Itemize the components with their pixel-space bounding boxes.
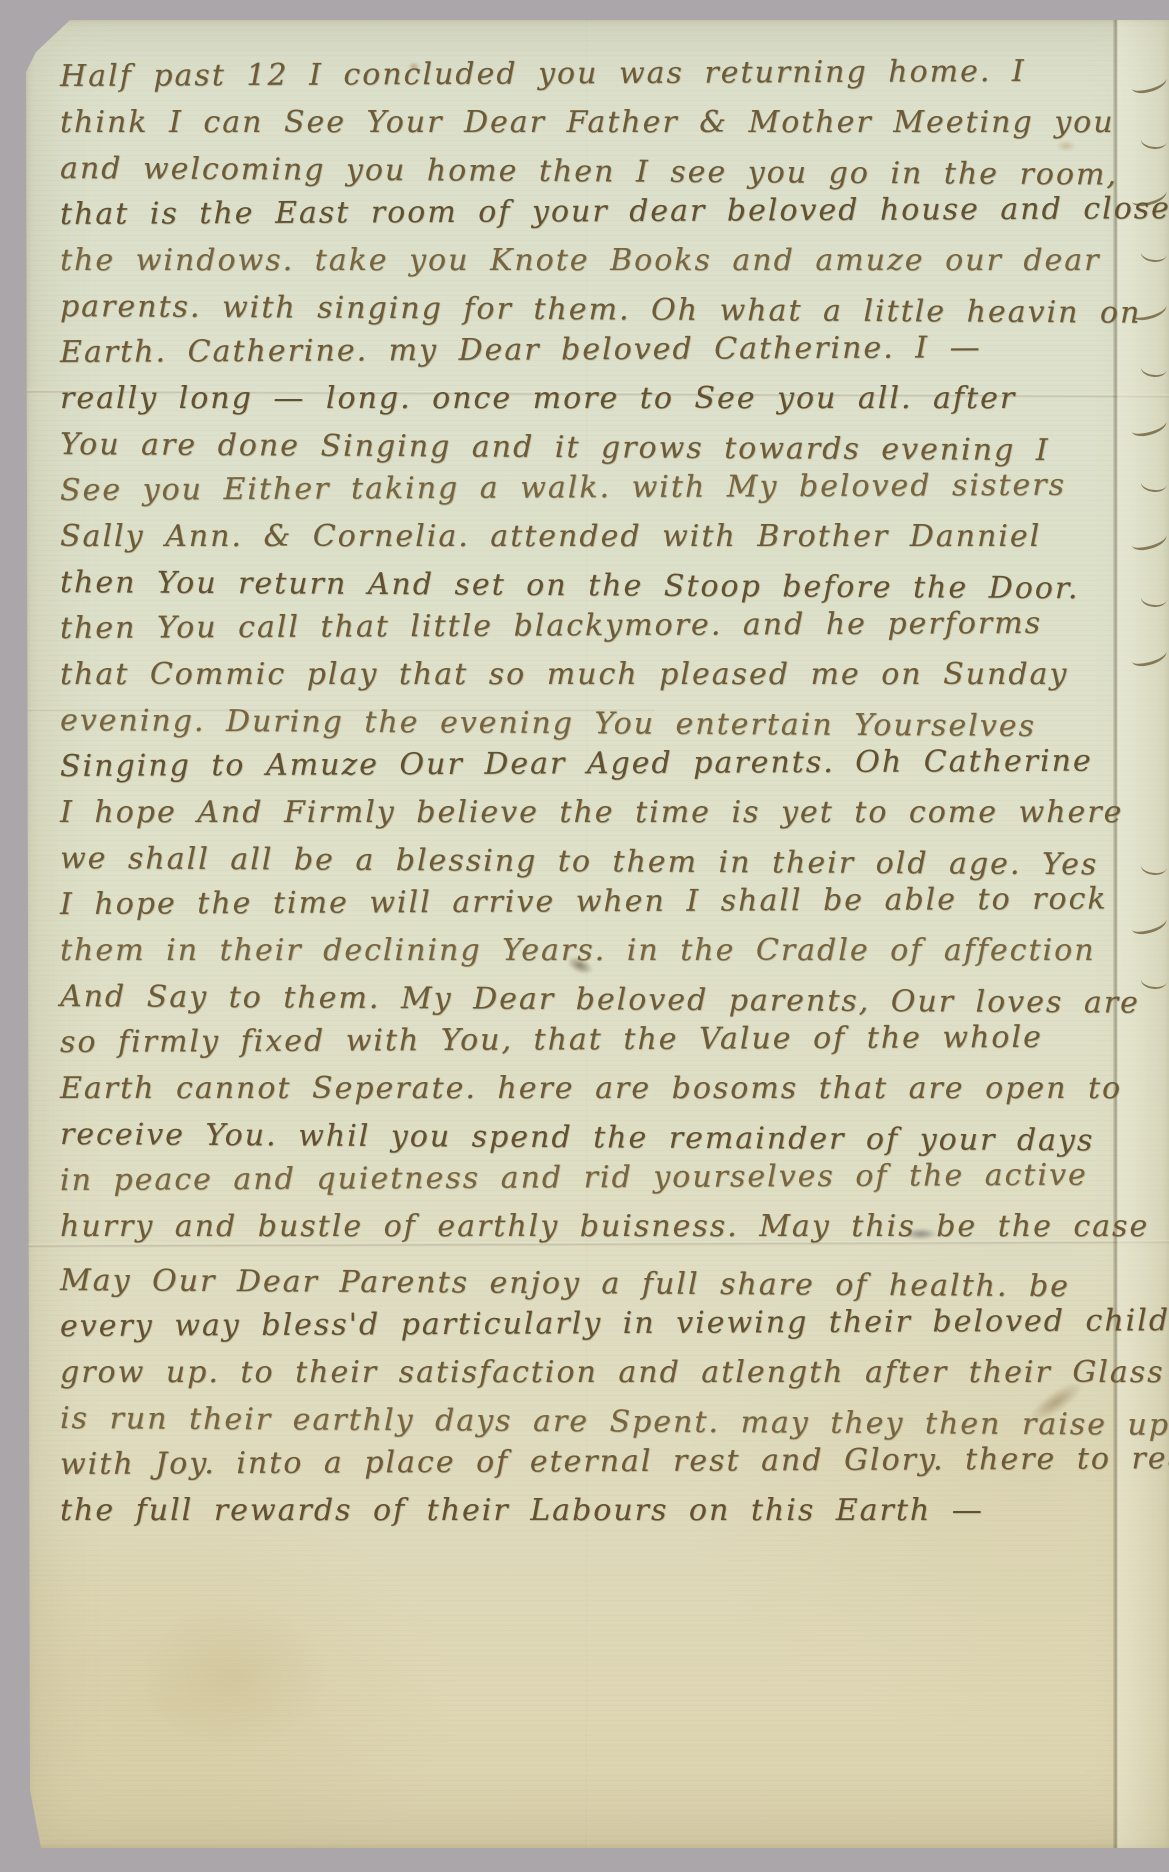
- letter-line: Earth cannot Seperate. here are bosoms t…: [60, 1066, 1100, 1112]
- letter-line: think I can See Your Dear Father & Mothe…: [60, 100, 1100, 146]
- letter-line: every way bless'd particularly in viewin…: [60, 1299, 1100, 1350]
- letter-line: so firmly fixed with You, that the Value…: [60, 1015, 1100, 1066]
- letter-line: I hope the time will arrive when I shall…: [60, 877, 1100, 928]
- letter-page: Half past 12 I concluded you was returni…: [26, 20, 1169, 1848]
- letter-line: Sally Ann. & Cornelia. attended with Bro…: [60, 514, 1100, 560]
- scanned-letter: Half past 12 I concluded you was returni…: [0, 0, 1169, 1872]
- aging-blotch: [144, 1606, 324, 1746]
- letter-line: I hope And Firmly believe the time is ye…: [60, 790, 1100, 836]
- letter-line: Half past 12 I concluded you was returni…: [60, 49, 1100, 100]
- letter-line: grow up. to their satisfaction and atlen…: [60, 1350, 1100, 1396]
- letter-line: the windows. take you Knote Books and am…: [60, 238, 1100, 284]
- letter-line: See you Either taking a walk. with My be…: [60, 463, 1100, 514]
- letter-line: in peace and quietness and rid yourselve…: [60, 1153, 1100, 1204]
- letter-line: Earth. Catherine. my Dear beloved Cather…: [60, 325, 1100, 376]
- letter-line: then You call that little blackymore. an…: [60, 601, 1100, 652]
- letter-line: Singing to Amuze Our Dear Aged parents. …: [60, 739, 1100, 790]
- letter-line: that Commic play that so much pleased me…: [60, 652, 1100, 698]
- letter-line: really long — long. once more to See you…: [60, 376, 1100, 422]
- letter-line: hurry and bustle of earthly buisness. Ma…: [60, 1204, 1100, 1250]
- letter-line: that is the East room of your dear belov…: [60, 187, 1100, 238]
- letter-line: the full rewards of their Labours on thi…: [60, 1488, 1100, 1534]
- letter-line: them in their declining Years. in the Cr…: [60, 928, 1100, 974]
- letter-line: with Joy. into a place of eternal rest a…: [60, 1437, 1100, 1488]
- letter-text: Half past 12 I concluded you was returni…: [60, 54, 1100, 1534]
